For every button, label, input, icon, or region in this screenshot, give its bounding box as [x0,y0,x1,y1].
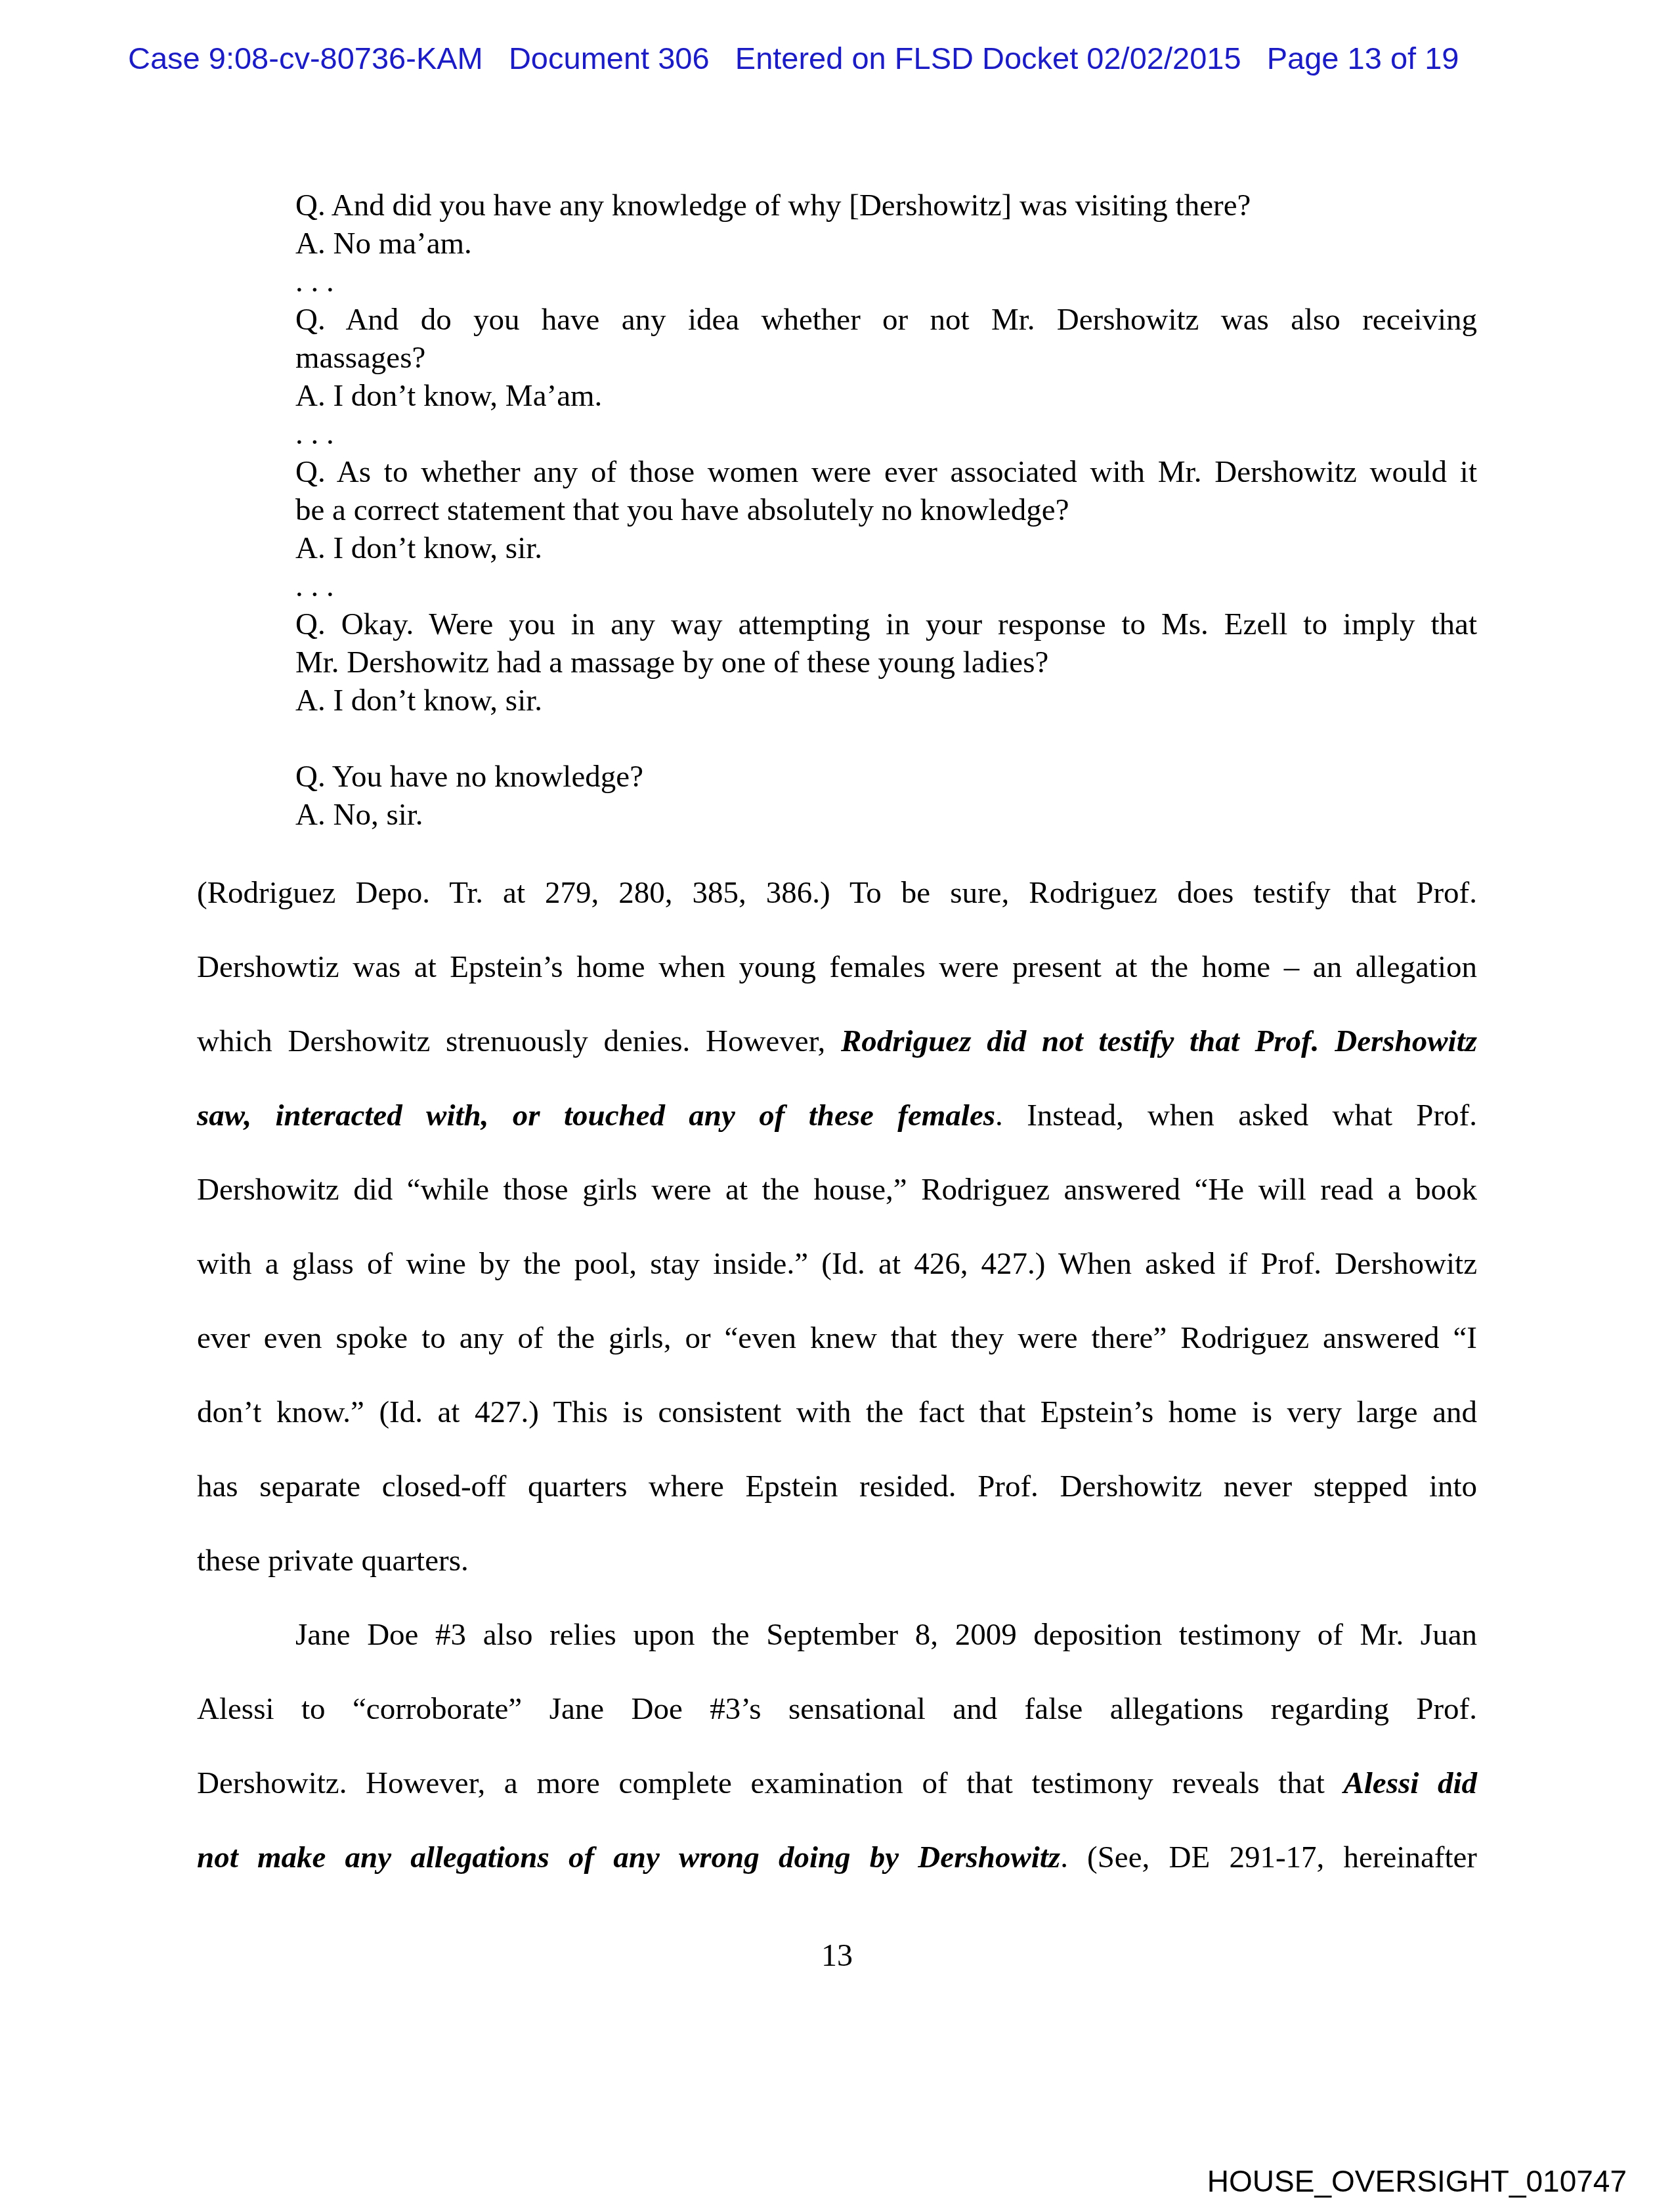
plain-text: (Rodriguez Depo. Tr. at 279, 280, 385, 3… [197,876,1477,910]
quote-block: Q. And did you have any knowledge of why… [295,186,1477,834]
emphasis-text: not make any allegations of any wrong do… [197,1840,1060,1875]
document-page: Case 9:08-cv-80736-KAM Document 306 Ente… [0,0,1674,2212]
plain-text: A. I don’t know, sir. [295,531,542,565]
text-line: . . . [295,263,1477,301]
plain-text: Q. You have no knowledge? [295,760,643,794]
text-line: not make any allegations of any wrong do… [197,1821,1477,1895]
plain-text: . . . [295,417,334,451]
plain-text: Mr. Dershowitz had a massage by one of t… [295,645,1048,680]
text-line: A. I don’t know, Ma’am. [295,377,1477,415]
text-line: Q. Okay. Were you in any way attempting … [295,605,1477,643]
text-line: these private quarters. [197,1524,1477,1598]
text-line: don’t know.” (Id. at 427.) This is consi… [197,1376,1477,1450]
text-line: A. No, sir. [295,796,1477,834]
emphasis-text: Rodriguez did not testify that Prof. Der… [841,1024,1477,1058]
text-line: A. I don’t know, sir. [295,682,1477,720]
text-line: Dershowitz. However, a more complete exa… [197,1746,1477,1821]
plain-text: A. I don’t know, Ma’am. [295,379,602,413]
text-line: be a correct statement that you have abs… [295,491,1477,529]
text-line: . . . [295,415,1477,453]
plain-text: Alessi to “corroborate” Jane Doe #3’s se… [197,1692,1477,1726]
plain-text: Dershowitz. However, a more complete exa… [197,1766,1343,1800]
plain-text: Dershowtiz was at Epstein’s home when yo… [197,950,1477,984]
text-line: has separate closed-off quarters where E… [197,1450,1477,1524]
plain-text: A. No, sir. [295,798,423,832]
plain-text: A. No ma’am. [295,227,472,261]
plain-text: Jane Doe #3 also relies upon the Septemb… [295,1618,1477,1652]
text-line: Alessi to “corroborate” Jane Doe #3’s se… [197,1672,1477,1746]
blank-line [295,720,1477,758]
plain-text: . Instead, when asked what Prof. [995,1098,1477,1133]
body-text: (Rodriguez Depo. Tr. at 279, 280, 385, 3… [197,856,1477,1895]
plain-text: has separate closed-off quarters where E… [197,1469,1477,1504]
plain-text: . . . [295,265,334,299]
text-line: massages? [295,339,1477,377]
text-line: with a glass of wine by the pool, stay i… [197,1227,1477,1301]
plain-text: . . . [295,569,334,603]
text-line: (Rodriguez Depo. Tr. at 279, 280, 385, 3… [197,856,1477,930]
plain-text: Q. And did you have any knowledge of why… [295,188,1251,223]
page-number: 13 [0,1937,1674,1975]
text-line: . . . [295,567,1477,605]
plain-text: which Dershowitz strenuously denies. How… [197,1024,841,1058]
plain-text: with a glass of wine by the pool, stay i… [197,1247,1477,1281]
text-line: A. No ma’am. [295,225,1477,263]
text-line: A. I don’t know, sir. [295,529,1477,567]
plain-text: Q. And do you have any idea whether or n… [295,303,1477,337]
plain-text: . (See, DE 291-17, hereinafter [1060,1840,1477,1875]
plain-text: massages? [295,341,425,375]
bates-number: HOUSE_OVERSIGHT_010747 [1207,2164,1627,2198]
plain-text: A. I don’t know, sir. [295,683,542,718]
text-line: ever even spoke to any of the girls, or … [197,1301,1477,1376]
text-line: Jane Doe #3 also relies upon the Septemb… [197,1598,1477,1672]
plain-text: these private quarters. [197,1544,469,1578]
case-header: Case 9:08-cv-80736-KAM Document 306 Ente… [128,41,1582,76]
plain-text: Q. As to whether any of those women were… [295,455,1477,489]
emphasis-text: Alessi did [1343,1766,1477,1800]
text-line: which Dershowitz strenuously denies. How… [197,1005,1477,1079]
text-line: Dershowtiz was at Epstein’s home when yo… [197,930,1477,1005]
plain-text: don’t know.” (Id. at 427.) This is consi… [197,1395,1477,1429]
text-line: Q. As to whether any of those women were… [295,453,1477,491]
text-line: Q. And did you have any knowledge of why… [295,186,1477,225]
text-line: Mr. Dershowitz had a massage by one of t… [295,643,1477,682]
text-line: Dershowitz did “while those girls were a… [197,1153,1477,1227]
emphasis-text: saw, interacted with, or touched any of … [197,1098,995,1133]
plain-text: be a correct statement that you have abs… [295,493,1069,527]
plain-text: Dershowitz did “while those girls were a… [197,1173,1477,1207]
plain-text: Q. Okay. Were you in any way attempting … [295,607,1477,641]
text-line: saw, interacted with, or touched any of … [197,1079,1477,1153]
plain-text: ever even spoke to any of the girls, or … [197,1321,1477,1355]
text-line: Q. You have no knowledge? [295,758,1477,796]
text-line: Q. And do you have any idea whether or n… [295,301,1477,339]
